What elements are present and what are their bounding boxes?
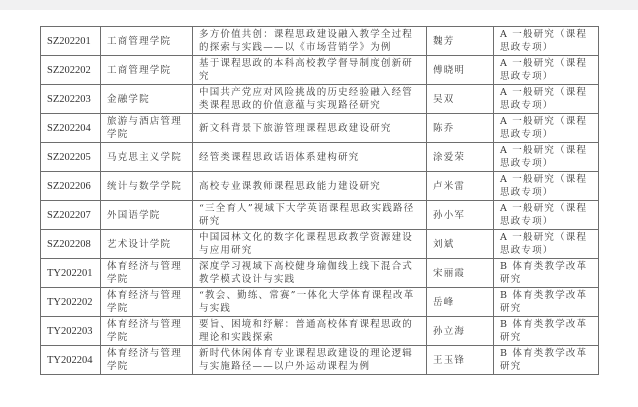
project-title-cell: 中国共产党应对风险挑战的历史经验融入经管类课程思政的价值意蕴与实现路径研究 xyxy=(193,85,427,114)
college-cell: 工商管理学院 xyxy=(101,27,193,56)
category-cell: A 一般研究（课程思政专项） xyxy=(494,27,599,56)
college-cell: 体育经济与管理学院 xyxy=(101,288,193,317)
project-title-cell: 中国园林文化的数字化课程思政教学资源建设与应用研究 xyxy=(193,230,427,259)
category-cell: A 一般研究（课程思政专项） xyxy=(494,114,599,143)
college-cell: 统计与数学学院 xyxy=(101,172,193,201)
project-code-cell: SZ202203 xyxy=(41,85,101,114)
leader-cell: 刘斌 xyxy=(427,230,494,259)
project-title-cell: 高校专业课教师课程思政能力建设研究 xyxy=(193,172,427,201)
leader-cell: 孙立海 xyxy=(427,317,494,346)
table-row: TY202201体育经济与管理学院深度学习视域下高校健身瑜伽线上线下混合式教学模… xyxy=(41,259,599,288)
table-row: SZ202208艺术设计学院中国园林文化的数字化课程思政教学资源建设与应用研究刘… xyxy=(41,230,599,259)
leader-cell: 王玉锋 xyxy=(427,346,494,375)
project-code-cell: TY202204 xyxy=(41,346,101,375)
college-cell: 外国语学院 xyxy=(101,201,193,230)
leader-cell: 吴双 xyxy=(427,85,494,114)
project-title-cell: 深度学习视域下高校健身瑜伽线上线下混合式教学模式设计与实践 xyxy=(193,259,427,288)
project-code-cell: SZ202206 xyxy=(41,172,101,201)
leader-cell: 岳峰 xyxy=(427,288,494,317)
leader-cell: 涂爱荣 xyxy=(427,143,494,172)
leader-cell: 魏芳 xyxy=(427,27,494,56)
category-cell: B 体育类教学改革研究 xyxy=(494,317,599,346)
leader-cell: 陈乔 xyxy=(427,114,494,143)
category-cell: B 体育类教学改革研究 xyxy=(494,259,599,288)
table-row: SZ202201工商管理学院多方价值共创：课程思政建设融入教学全过程的探索与实践… xyxy=(41,27,599,56)
college-cell: 旅游与酒店管理学院 xyxy=(101,114,193,143)
project-code-cell: SZ202208 xyxy=(41,230,101,259)
project-title-cell: 经管类课程思政话语体系建构研究 xyxy=(193,143,427,172)
project-code-cell: SZ202202 xyxy=(41,56,101,85)
project-title-cell: 多方价值共创：课程思政建设融入教学全过程的探索与实践——以《市场营销学》为例 xyxy=(193,27,427,56)
college-cell: 艺术设计学院 xyxy=(101,230,193,259)
category-cell: A 一般研究（课程思政专项） xyxy=(494,172,599,201)
project-title-cell: “三全育人”视域下大学英语课程思政实践路径研究 xyxy=(193,201,427,230)
table-row: SZ202207外国语学院“三全育人”视域下大学英语课程思政实践路径研究孙小军A… xyxy=(41,201,599,230)
project-code-cell: SZ202207 xyxy=(41,201,101,230)
leader-cell: 傅晓明 xyxy=(427,56,494,85)
project-code-cell: TY202203 xyxy=(41,317,101,346)
project-code-cell: SZ202201 xyxy=(41,27,101,56)
leader-cell: 宋丽霞 xyxy=(427,259,494,288)
college-cell: 金融学院 xyxy=(101,85,193,114)
category-cell: B 体育类教学改革研究 xyxy=(494,288,599,317)
category-cell: A 一般研究（课程思政专项） xyxy=(494,85,599,114)
table-row: SZ202203金融学院中国共产党应对风险挑战的历史经验融入经管类课程思政的价值… xyxy=(41,85,599,114)
project-title-cell: 新时代休闲体育专业课程思政建设的理论逻辑与实施路径——以户外运动课程为例 xyxy=(193,346,427,375)
category-cell: A 一般研究（课程思政专项） xyxy=(494,56,599,85)
leader-cell: 孙小军 xyxy=(427,201,494,230)
table-row: SZ202206统计与数学学院高校专业课教师课程思政能力建设研究卢米雷A 一般研… xyxy=(41,172,599,201)
category-cell: A 一般研究（课程思政专项） xyxy=(494,230,599,259)
table-row: TY202203体育经济与管理学院要旨、困境和纾解：普通高校体育课程思政的理论和… xyxy=(41,317,599,346)
top-band xyxy=(0,0,638,10)
college-cell: 马克思主义学院 xyxy=(101,143,193,172)
project-code-cell: SZ202205 xyxy=(41,143,101,172)
category-cell: B 体育类教学改革研究 xyxy=(494,346,599,375)
category-cell: A 一般研究（课程思政专项） xyxy=(494,201,599,230)
college-cell: 体育经济与管理学院 xyxy=(101,317,193,346)
college-cell: 工商管理学院 xyxy=(101,56,193,85)
project-title-cell: “教会、勤练、常赛”一体化大学体育课程改革与实践 xyxy=(193,288,427,317)
project-code-cell: TY202202 xyxy=(41,288,101,317)
leader-cell: 卢米雷 xyxy=(427,172,494,201)
table-row: SZ202202工商管理学院基于课程思政的本科高校教学督导制度创新研究傅晓明A … xyxy=(41,56,599,85)
project-code-cell: TY202201 xyxy=(41,259,101,288)
project-code-cell: SZ202204 xyxy=(41,114,101,143)
table-row: SZ202205马克思主义学院经管类课程思政话语体系建构研究涂爱荣A 一般研究（… xyxy=(41,143,599,172)
table-row: SZ202204旅游与酒店管理学院新文科背景下旅游管理课程思政建设研究陈乔A 一… xyxy=(41,114,599,143)
college-cell: 体育经济与管理学院 xyxy=(101,346,193,375)
project-title-cell: 要旨、困境和纾解：普通高校体育课程思政的理论和实践探索 xyxy=(193,317,427,346)
category-cell: A 一般研究（课程思政专项） xyxy=(494,143,599,172)
project-table: SZ202201工商管理学院多方价值共创：课程思政建设融入教学全过程的探索与实践… xyxy=(40,26,599,375)
project-title-cell: 基于课程思政的本科高校教学督导制度创新研究 xyxy=(193,56,427,85)
college-cell: 体育经济与管理学院 xyxy=(101,259,193,288)
project-title-cell: 新文科背景下旅游管理课程思政建设研究 xyxy=(193,114,427,143)
table-row: TY202202体育经济与管理学院“教会、勤练、常赛”一体化大学体育课程改革与实… xyxy=(41,288,599,317)
table-row: TY202204体育经济与管理学院新时代休闲体育专业课程思政建设的理论逻辑与实施… xyxy=(41,346,599,375)
